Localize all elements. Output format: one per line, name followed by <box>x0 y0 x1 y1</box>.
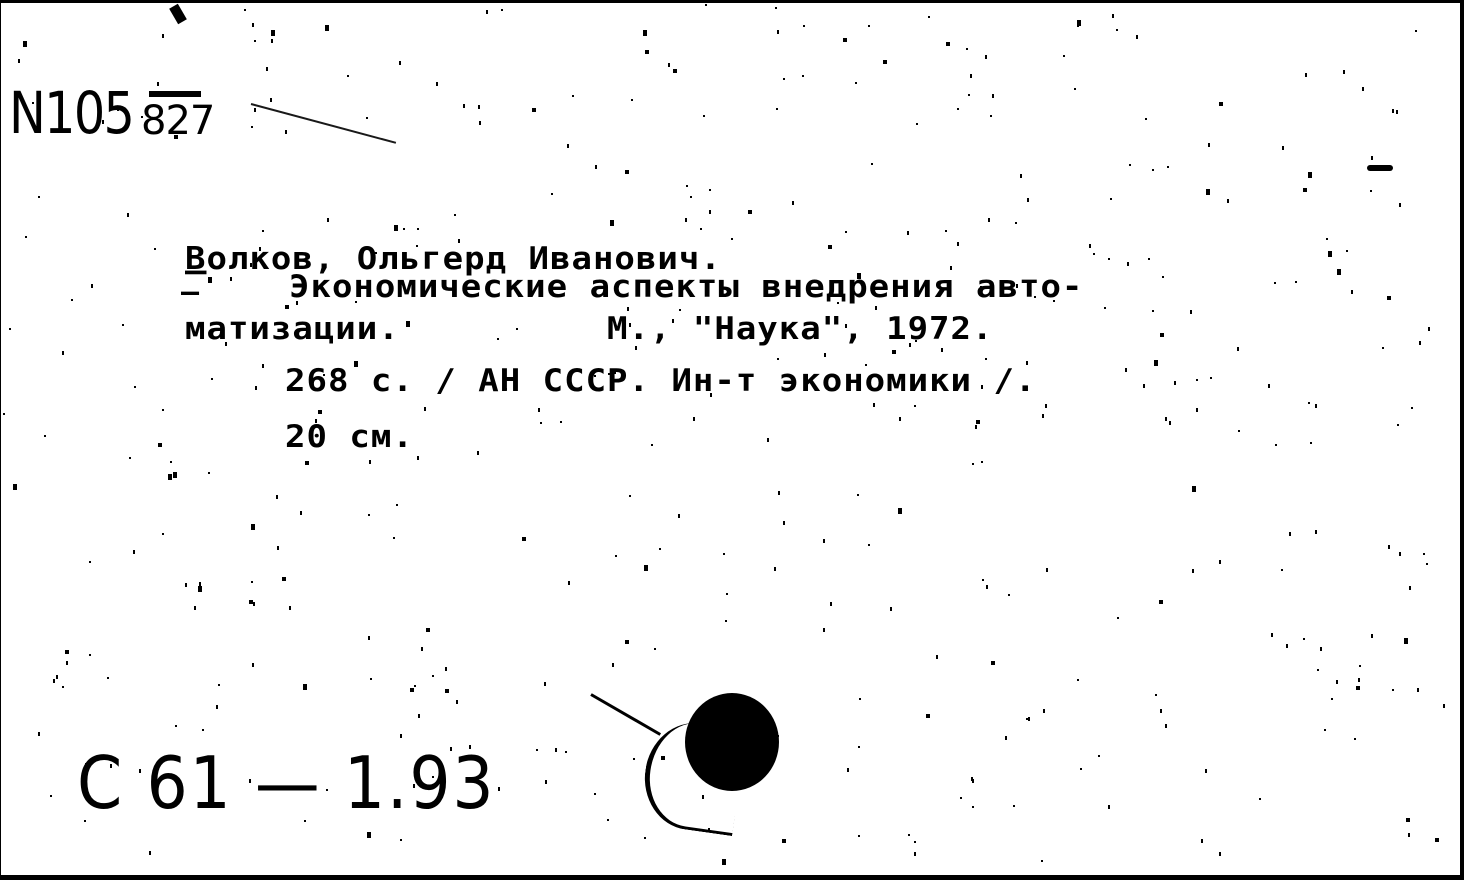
speck <box>709 189 711 191</box>
speck <box>162 409 164 411</box>
speck <box>777 358 779 360</box>
speck <box>916 123 918 125</box>
speck <box>368 514 370 516</box>
speck <box>1303 638 1305 640</box>
speck <box>110 764 112 768</box>
speck <box>1160 709 1162 713</box>
speck <box>216 705 218 709</box>
speck <box>50 795 52 797</box>
speck <box>1308 402 1310 404</box>
speck <box>607 819 609 821</box>
speck <box>406 321 410 327</box>
speck <box>1396 110 1398 114</box>
speck <box>908 834 910 836</box>
speck <box>1098 755 1100 757</box>
speck <box>1259 798 1261 800</box>
speck <box>1392 689 1394 691</box>
speck <box>1004 287 1006 289</box>
speck <box>107 677 109 679</box>
speck <box>686 185 688 187</box>
speck <box>262 364 264 368</box>
speck <box>1286 644 1288 648</box>
speck <box>1346 250 1348 252</box>
speck <box>644 837 646 839</box>
speck <box>1409 586 1411 590</box>
speck <box>1015 222 1017 224</box>
speck <box>393 537 395 539</box>
speck <box>1026 361 1028 365</box>
speck <box>399 61 401 65</box>
speck <box>38 196 40 198</box>
speck <box>410 688 414 692</box>
speck <box>858 835 860 837</box>
speck <box>458 239 460 243</box>
speck <box>477 451 479 455</box>
speck <box>702 795 704 799</box>
speck <box>722 859 726 865</box>
title-line-1: Экономические аспекты внедрения авто- <box>289 271 1083 302</box>
speck <box>1227 199 1229 203</box>
speck <box>981 385 983 389</box>
speck <box>1336 680 1338 684</box>
speck <box>13 484 17 490</box>
speck <box>175 725 177 727</box>
speck <box>776 108 778 110</box>
speck <box>985 55 987 59</box>
speck <box>445 689 449 693</box>
speck <box>777 30 779 34</box>
speck <box>1315 530 1317 534</box>
speck <box>122 324 124 326</box>
speck <box>305 461 309 465</box>
speck <box>133 550 135 554</box>
speck <box>1317 669 1319 671</box>
speck <box>325 25 329 31</box>
speck <box>432 776 434 778</box>
speck <box>454 214 456 216</box>
speck <box>644 565 648 571</box>
speck <box>1152 169 1154 171</box>
speck <box>421 647 423 651</box>
speck <box>538 408 540 412</box>
fraction-bar <box>149 91 201 97</box>
speck <box>89 561 91 563</box>
speck <box>941 348 943 352</box>
speck <box>1104 307 1106 309</box>
speck <box>91 284 93 288</box>
speck <box>1155 694 1157 696</box>
speck <box>775 7 777 9</box>
speck <box>960 797 962 799</box>
speck <box>1192 569 1194 573</box>
speck <box>202 729 204 731</box>
speck <box>914 405 916 407</box>
speck <box>225 342 227 346</box>
speck <box>610 220 614 226</box>
author-initial: В <box>185 240 206 277</box>
speck <box>62 351 64 355</box>
speck <box>567 144 569 148</box>
speck <box>18 59 20 63</box>
speck <box>1237 347 1239 351</box>
speck <box>986 585 988 589</box>
speck <box>654 648 656 650</box>
speck <box>1351 290 1353 294</box>
speck <box>545 780 547 784</box>
speck <box>199 582 201 586</box>
speck <box>44 435 46 437</box>
speck <box>285 130 287 134</box>
speck <box>693 417 695 421</box>
speck <box>323 374 325 376</box>
speck <box>1165 724 1167 728</box>
speck <box>1117 617 1119 619</box>
imprint: М., "Наука", 1972. <box>607 313 993 344</box>
speck <box>259 247 261 251</box>
speck <box>498 787 500 791</box>
speck <box>1219 852 1221 856</box>
speck <box>1371 156 1373 160</box>
speck <box>1034 296 1036 298</box>
speck <box>981 461 983 463</box>
speck <box>594 375 596 377</box>
speck <box>266 67 268 71</box>
speck <box>1190 310 1192 314</box>
speck <box>1268 384 1270 388</box>
speck <box>635 346 637 350</box>
speck <box>450 747 452 751</box>
speck <box>479 121 481 125</box>
speck <box>830 602 832 606</box>
speck <box>837 302 839 304</box>
speck <box>625 640 629 644</box>
speck <box>1275 444 1277 446</box>
speck <box>1382 347 1384 349</box>
speck <box>843 38 847 42</box>
speck <box>326 789 328 791</box>
speck <box>1282 146 1284 150</box>
speck <box>535 265 537 267</box>
speck <box>426 628 430 632</box>
speck <box>651 254 653 256</box>
speck <box>1426 563 1428 565</box>
speck <box>318 410 322 414</box>
speck <box>1145 118 1147 120</box>
speck <box>777 735 779 737</box>
speck <box>972 463 974 465</box>
speck <box>1043 709 1045 713</box>
speck <box>1027 198 1029 202</box>
speck <box>990 115 992 117</box>
speck <box>782 839 786 843</box>
speck <box>645 50 649 54</box>
speck <box>560 421 562 423</box>
speck <box>1435 838 1439 842</box>
speck <box>615 555 617 557</box>
speck <box>270 98 272 102</box>
speck <box>752 717 754 719</box>
speck <box>783 78 785 80</box>
speck <box>1326 238 1328 240</box>
speck <box>883 60 887 64</box>
speck <box>252 663 254 667</box>
speck <box>536 749 538 751</box>
speck <box>803 25 805 27</box>
speck <box>1041 860 1043 862</box>
speck <box>555 748 557 752</box>
speck <box>972 806 974 808</box>
speck <box>595 165 597 169</box>
speck <box>1411 407 1413 409</box>
speck <box>157 82 159 86</box>
speck <box>763 770 765 772</box>
speck <box>102 120 104 124</box>
speck <box>23 41 27 47</box>
speck <box>1136 35 1138 39</box>
speck <box>1295 281 1297 283</box>
speck <box>629 495 631 497</box>
speck <box>1143 384 1145 388</box>
speck <box>432 675 434 677</box>
speck <box>985 358 987 360</box>
speck <box>945 230 947 232</box>
speck <box>1005 736 1007 740</box>
speck <box>544 682 546 686</box>
speck <box>417 456 419 460</box>
speck <box>723 553 725 555</box>
speck <box>871 163 873 165</box>
speck <box>1328 251 1332 257</box>
speck <box>1208 143 1210 147</box>
speck <box>594 793 596 795</box>
speck <box>1289 532 1291 536</box>
speck <box>1080 768 1082 770</box>
speck <box>972 779 974 783</box>
speck <box>914 852 916 856</box>
speck <box>708 828 710 832</box>
speck <box>1210 377 1212 379</box>
speck <box>1192 486 1196 492</box>
speck <box>403 228 405 230</box>
speck <box>1125 368 1127 372</box>
speck <box>456 700 458 704</box>
speck <box>643 30 647 36</box>
speck <box>1358 678 1360 682</box>
speck <box>417 228 419 230</box>
speck <box>824 353 826 357</box>
speck <box>823 628 825 632</box>
speck <box>355 301 357 303</box>
speck <box>629 323 631 327</box>
speck <box>1013 805 1015 807</box>
speck <box>678 514 680 518</box>
speck <box>1108 258 1110 260</box>
speck <box>907 231 909 235</box>
scratch-mark <box>251 103 396 144</box>
speck <box>303 684 307 690</box>
speck <box>950 266 952 270</box>
speck <box>1443 704 1445 708</box>
speck <box>970 74 972 78</box>
speck <box>980 286 982 288</box>
speck <box>914 841 916 843</box>
speck <box>909 343 911 347</box>
speck <box>254 108 256 112</box>
speck <box>540 422 542 424</box>
speck <box>673 69 677 73</box>
speck <box>710 393 712 397</box>
speck <box>858 746 860 748</box>
speck <box>631 99 633 101</box>
speck <box>244 9 246 11</box>
speck <box>9 328 11 330</box>
speck <box>892 350 896 354</box>
speck <box>197 91 199 93</box>
speck <box>289 606 291 610</box>
speck <box>1354 738 1356 740</box>
speck <box>469 745 471 749</box>
speck <box>685 218 687 222</box>
speck <box>168 474 172 480</box>
speck <box>898 508 902 514</box>
speck <box>170 461 172 463</box>
speck <box>1274 282 1276 284</box>
title-line-2: матизации. <box>185 313 400 344</box>
speck <box>304 820 306 822</box>
speck <box>1324 729 1326 731</box>
speck <box>823 539 825 543</box>
speck <box>208 277 212 283</box>
speck <box>992 94 994 98</box>
speck <box>149 851 151 855</box>
speck <box>700 228 702 230</box>
speck <box>1152 310 1154 312</box>
speck <box>25 236 27 238</box>
speck <box>174 135 178 139</box>
speck <box>1305 73 1307 77</box>
speck <box>414 685 416 687</box>
speck <box>572 95 574 97</box>
speck <box>1162 276 1164 278</box>
size-note: 20 см. <box>285 421 414 452</box>
speck <box>1343 70 1345 74</box>
speck <box>251 581 253 583</box>
speck <box>194 606 196 610</box>
speck <box>1419 341 1421 345</box>
speck <box>1308 172 1312 178</box>
collation-series: 268 с. / АН СССР. Ин-т экономики /. <box>285 365 1036 396</box>
speck <box>1053 300 1055 302</box>
speck <box>254 40 256 42</box>
speck <box>1020 174 1022 178</box>
speck <box>1169 421 1171 425</box>
speck <box>1089 244 1091 248</box>
speck <box>416 245 418 247</box>
speck <box>367 832 371 838</box>
speck <box>968 94 970 96</box>
speck <box>211 378 213 380</box>
speck <box>857 273 861 279</box>
speck <box>1201 839 1203 843</box>
speck <box>608 373 610 375</box>
speck <box>347 75 349 77</box>
speck <box>1174 381 1176 385</box>
speck <box>396 504 398 506</box>
speck <box>1206 189 1210 195</box>
speck <box>551 193 553 195</box>
speck <box>400 734 402 738</box>
speck <box>828 245 832 249</box>
speck <box>1046 568 1048 572</box>
speck <box>975 425 977 429</box>
speck <box>1238 430 1240 432</box>
speck <box>71 299 73 301</box>
speck <box>218 684 220 686</box>
speck <box>154 248 156 250</box>
speck <box>1077 679 1079 681</box>
speck <box>612 663 614 667</box>
speck <box>1116 29 1118 31</box>
speck <box>501 9 503 11</box>
speck <box>802 75 804 77</box>
speck <box>1370 190 1372 192</box>
speck <box>957 242 959 246</box>
speck <box>774 567 776 571</box>
speck <box>1160 333 1164 337</box>
speck <box>703 115 705 117</box>
speck <box>1320 647 1322 651</box>
speck <box>366 117 368 119</box>
speck <box>282 577 286 581</box>
speck <box>1356 686 1360 690</box>
speck <box>890 607 892 611</box>
speck <box>1387 296 1391 300</box>
speck <box>368 636 370 640</box>
speck <box>651 444 653 446</box>
speck <box>162 533 164 535</box>
speck <box>505 388 507 390</box>
speck <box>1112 14 1114 18</box>
speck <box>1428 327 1430 331</box>
speck <box>32 102 34 104</box>
speck <box>1303 188 1307 192</box>
speck <box>1392 109 1394 113</box>
speck <box>847 768 849 772</box>
speck <box>250 263 252 267</box>
speck <box>982 579 984 581</box>
speck <box>661 756 665 760</box>
speck <box>957 108 959 110</box>
speck <box>668 63 670 67</box>
speck <box>1045 404 1047 408</box>
speck <box>868 25 870 27</box>
speck <box>271 39 273 43</box>
ink-mark <box>169 4 187 25</box>
speck <box>690 196 692 198</box>
speck <box>731 238 733 240</box>
speck <box>418 714 420 718</box>
speck <box>614 372 616 374</box>
speck <box>1205 769 1207 773</box>
speck <box>230 277 232 281</box>
speck <box>792 201 794 205</box>
speck <box>394 225 398 231</box>
speck <box>139 769 141 773</box>
speck <box>845 231 847 233</box>
title-dash: — <box>181 279 200 307</box>
speck <box>1362 87 1364 91</box>
speck <box>1337 269 1341 275</box>
